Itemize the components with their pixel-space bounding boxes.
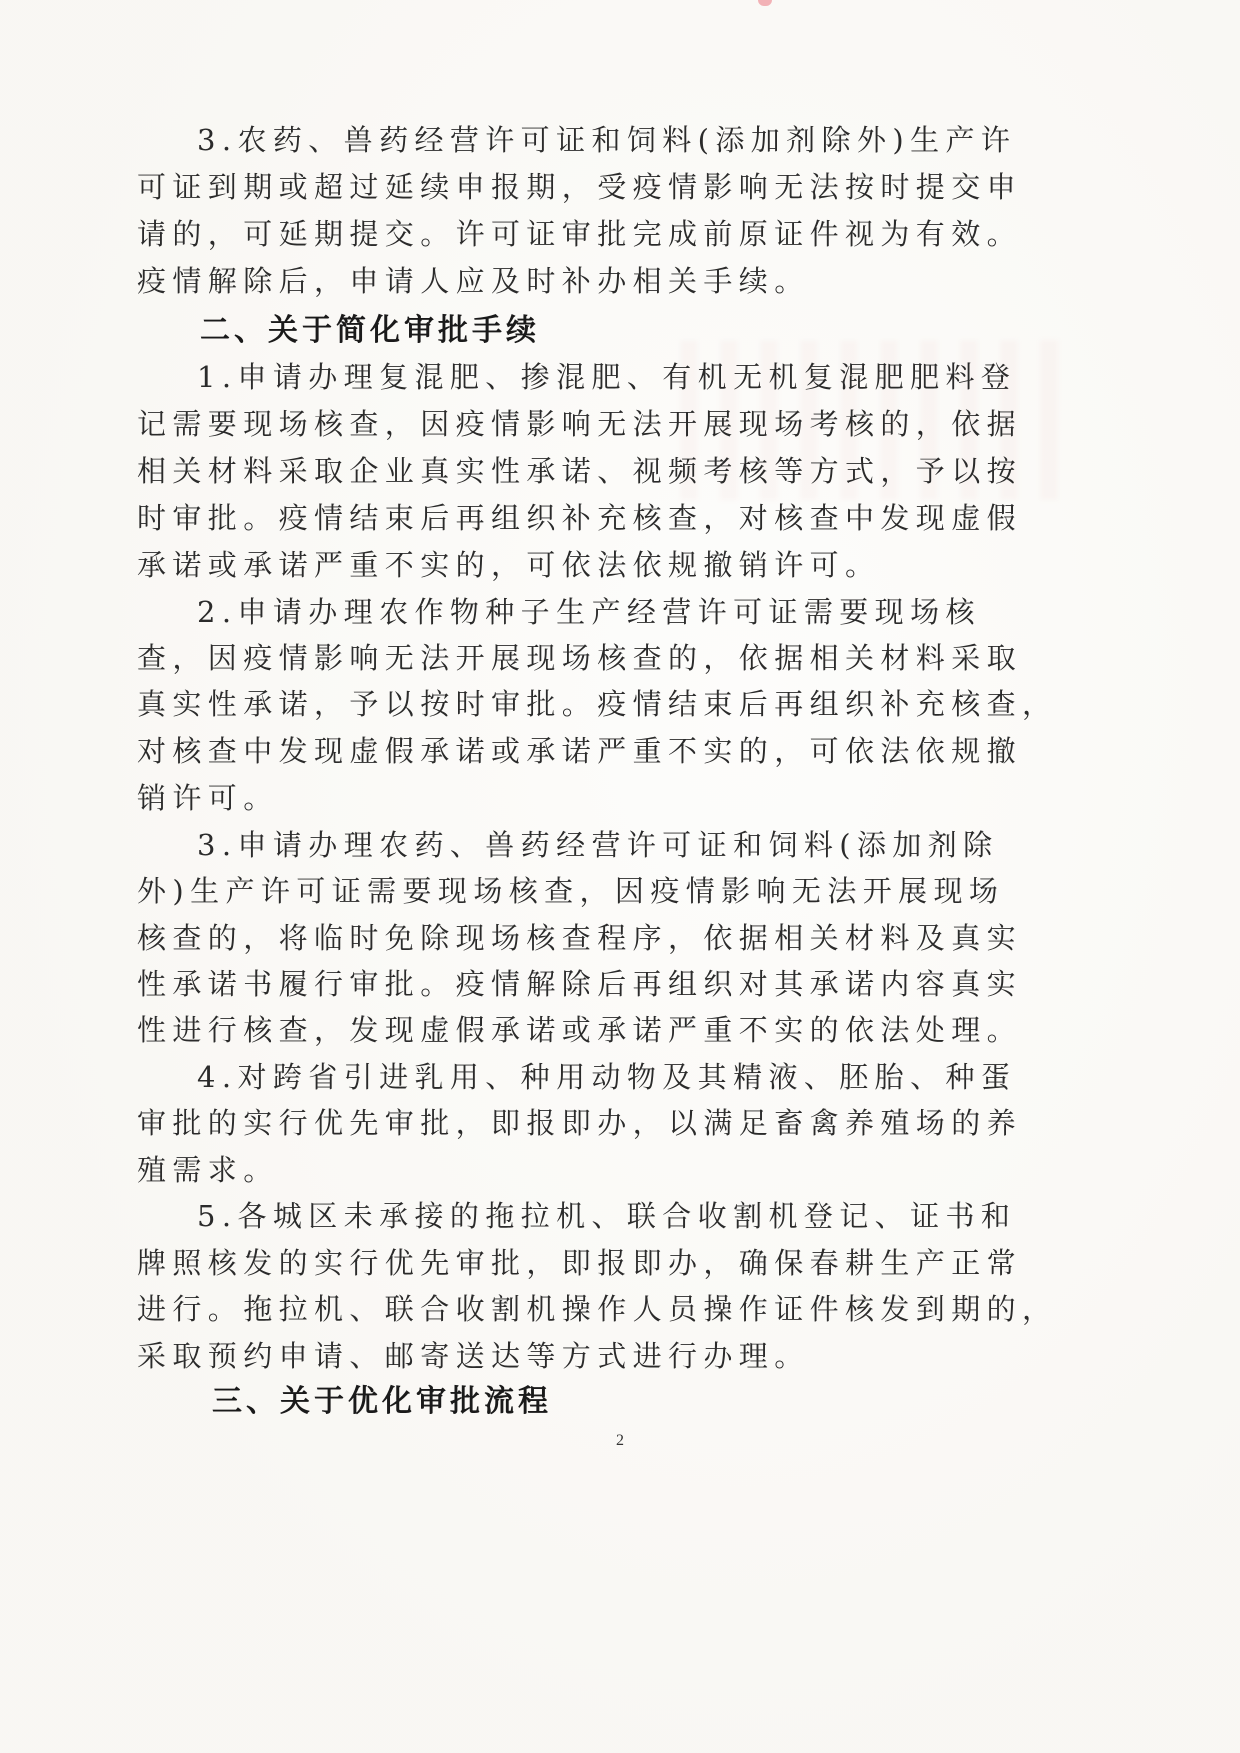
text-line: 采取预约申请、邮寄送达等方式进行办理。 — [137, 1336, 977, 1376]
text-line: 2.申请办理农作物种子生产经营许可证需要现场核 — [197, 592, 977, 632]
scanned-page: 3.农药、兽药经营许可证和饲料(添加剂除外)生产许 可证到期或超过延续申报期，受… — [0, 0, 1240, 1753]
text-line: 4.对跨省引进乳用、种用动物及其精液、胚胎、种蛋 — [197, 1057, 977, 1097]
text-line: 1.申请办理复混肥、掺混肥、有机无机复混肥肥料登 — [197, 357, 977, 397]
text-line: 进行。拖拉机、联合收割机操作人员操作证件核发到期的， — [137, 1289, 977, 1329]
text-line: 牌照核发的实行优先审批，即报即办，确保春耕生产正常 — [137, 1243, 977, 1283]
text-line: 相关材料采取企业真实性承诺、视频考核等方式，予以按 — [137, 451, 977, 491]
text-line: 承诺或承诺严重不实的，可依法依规撤销许可。 — [137, 545, 977, 585]
text-line: 可证到期或超过延续申报期，受疫情影响无法按时提交申 — [137, 167, 977, 207]
text-line: 时审批。疫情结束后再组织补充核查，对核查中发现虚假 — [137, 498, 977, 538]
text-line: 查，因疫情影响无法开展现场核查的，依据相关材料采取 — [137, 638, 977, 678]
text-line: 核查的，将临时免除现场核查程序，依据相关材料及真实 — [137, 918, 977, 958]
text-line: 销许可。 — [137, 778, 977, 818]
text-line: 性承诺书履行审批。疫情解除后再组织对其承诺内容真实 — [137, 964, 977, 1004]
text-line: 请的，可延期提交。许可证审批完成前原证件视为有效。 — [137, 214, 977, 254]
text-line: 殖需求。 — [137, 1150, 977, 1190]
page-number: 2 — [600, 1432, 640, 1450]
text-line: 3.农药、兽药经营许可证和饲料(添加剂除外)生产许 — [197, 120, 977, 160]
red-seal-fragment — [758, 0, 772, 6]
text-line: 真实性承诺，予以按时审批。疫情结束后再组织补充核查， — [137, 684, 977, 724]
text-line: 对核查中发现虚假承诺或承诺严重不实的，可依法依规撤 — [137, 731, 977, 771]
section-heading-optimize-approval: 三、关于优化审批流程 — [212, 1380, 552, 1424]
text-line: 5.各城区未承接的拖拉机、联合收割机登记、证书和 — [197, 1196, 977, 1236]
section-heading-simplify-approval: 二、关于简化审批手续 — [200, 309, 540, 353]
text-line: 记需要现场核查，因疫情影响无法开展现场考核的，依据 — [137, 404, 977, 444]
text-line: 性进行核查，发现虚假承诺或承诺严重不实的依法处理。 — [137, 1010, 977, 1050]
text-line: 外)生产许可证需要现场核查，因疫情影响无法开展现场 — [137, 871, 977, 911]
text-line: 疫情解除后，申请人应及时补办相关手续。 — [137, 261, 977, 301]
text-line: 审批的实行优先审批，即报即办，以满足畜禽养殖场的养 — [137, 1103, 977, 1143]
text-line: 3.申请办理农药、兽药经营许可证和饲料(添加剂除 — [197, 825, 977, 865]
